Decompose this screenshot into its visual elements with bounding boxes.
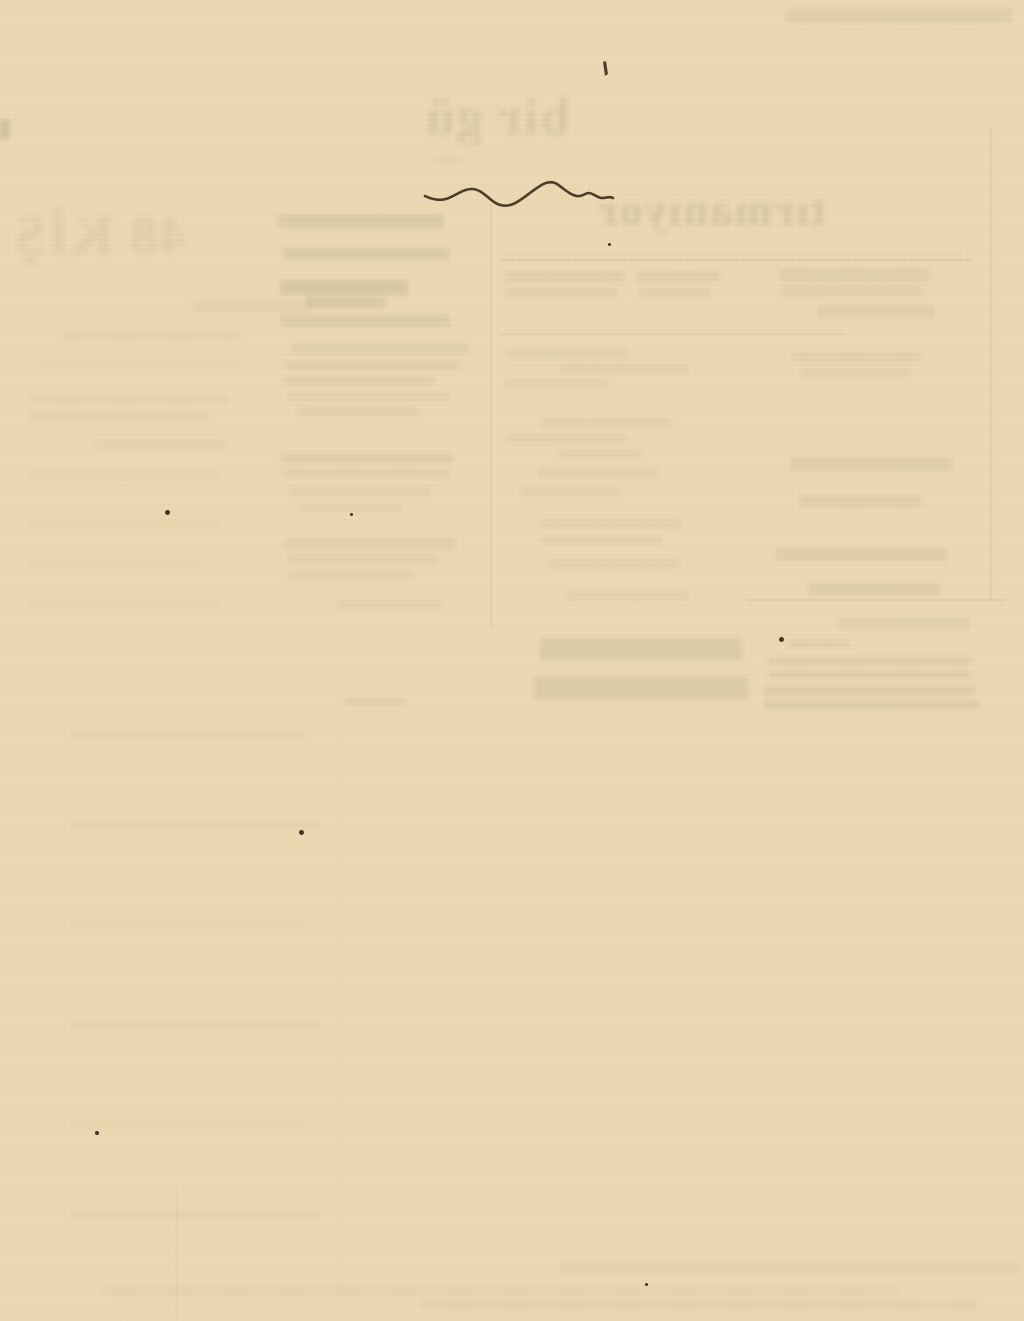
ink-fleck (645, 1283, 648, 1286)
pen-tick-mark (603, 61, 608, 76)
ink-fleck (350, 513, 353, 516)
scanned-newspaper-page: bir gütırmanıyor48 KİŞ (0, 0, 1024, 1321)
ink-fleck (779, 637, 784, 642)
ink-fleck (95, 1131, 99, 1135)
ink-fleck (608, 243, 611, 246)
pen-squiggle-line (425, 182, 613, 205)
ink-fleck (165, 510, 170, 515)
ink-fleck (299, 830, 304, 835)
pen-mark-layer (0, 0, 1024, 1321)
